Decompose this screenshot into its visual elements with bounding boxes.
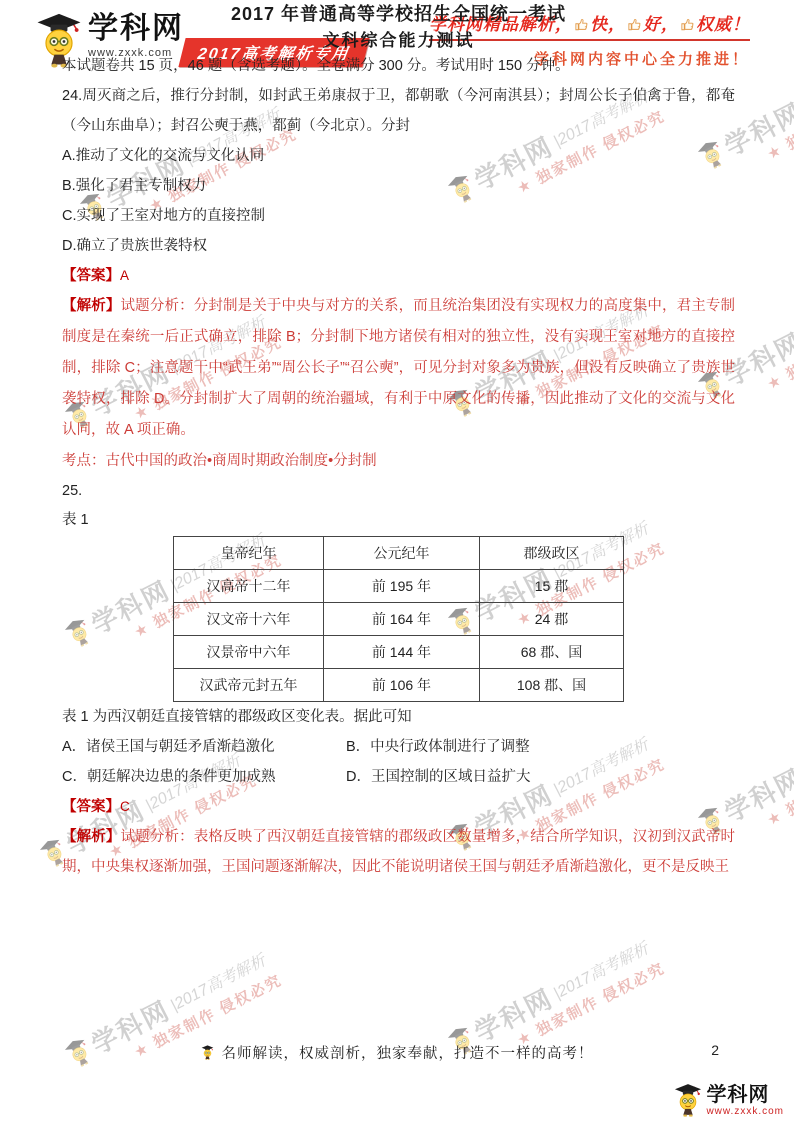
- q25-table: 皇帝纪年 公元纪年 郡级政区 汉高帝十二年 前 195 年 15 郡 汉文帝十六…: [173, 536, 624, 702]
- watermark-notice: 独家制作 侵权必究: [534, 960, 668, 1040]
- table-cell: 前 164 年: [324, 603, 480, 636]
- q25-answer-line: 【答案】C: [62, 792, 735, 822]
- q25-analysis-text: 试题分析：表格反映了西汉朝廷直接管辖的郡级政区数量增多，结合所学知识，汉初到汉武…: [62, 829, 735, 875]
- table-cell: 24 郡: [480, 603, 624, 636]
- q25-number: 25.: [62, 476, 735, 506]
- corner-site-name: 学科网: [706, 1084, 784, 1106]
- q24-analysis-label: 【解析】: [62, 298, 121, 314]
- table-row: 汉文帝十六年 前 164 年 24 郡: [174, 603, 624, 636]
- exam-intro: 本试题卷共 15 页，46 题（含选考题）。全卷满分 300 分。考试用时 15…: [62, 51, 735, 81]
- watermark-notice: 独家制作 侵权必究: [784, 304, 794, 384]
- q24-options: A.推动了文化的交流与文化认同 B.强化了君主专制权力 C.实现了王室对地方的直…: [62, 141, 735, 261]
- q25-answer-label: 【答案】: [62, 799, 120, 815]
- watermark-suffix: |2017高考解析: [549, 936, 652, 1004]
- table-header-cell: 公元纪年: [324, 537, 480, 570]
- table-header-cell: 郡级政区: [480, 537, 624, 570]
- mascot-corner-icon: [674, 1083, 702, 1117]
- table-header-row: 皇帝纪年 公元纪年 郡级政区: [174, 537, 624, 570]
- page-footer: 名师解读，权威剖析，独家奉献，打造不一样的高考！ 2: [62, 1042, 732, 1063]
- table-cell: 前 106 年: [324, 669, 480, 702]
- q25-table-label: 表 1: [62, 506, 735, 534]
- q24-kaodian: 考点：古代中国的政治•商周时期政治制度•分封制: [62, 446, 735, 476]
- q24-option-d: D.确立了贵族世袭特权: [62, 231, 735, 261]
- q25-option-d: D．王国控制的区域日益扩大: [346, 769, 530, 785]
- document-body: 2017 年普通高等学校招生全国统一考试 文科综合能力测试 本试题卷共 15 页…: [62, 0, 735, 882]
- q25-options-row2: C．朝廷解决边患的条件更加成熟D．王国控制的区域日益扩大: [62, 762, 735, 792]
- table-cell: 前 195 年: [324, 570, 480, 603]
- corner-site-url: www.zxxk.com: [706, 1106, 784, 1117]
- q24-answer-label: 【答案】: [62, 268, 120, 284]
- exam-paper-page: 学科网|2017高考解析★ 独家制作 侵权必究 学科网|2017高考解析★ 独家…: [0, 0, 794, 1123]
- mascot-footer-icon: [201, 1045, 214, 1060]
- table-cell: 汉景帝中六年: [174, 636, 324, 669]
- q24-option-b: B.强化了君主专制权力: [62, 171, 735, 201]
- q25-option-c: C．朝廷解决边患的条件更加成熟: [62, 762, 346, 792]
- table-row: 汉高帝十二年 前 195 年 15 郡: [174, 570, 624, 603]
- q25-options-row1: A．诸侯王国与朝廷矛盾渐趋激化B．中央行政体制进行了调整: [62, 732, 735, 762]
- q25-caption: 表 1 为西汉朝廷直接管辖的郡级政区变化表。据此可知: [62, 702, 735, 732]
- watermark-notice: 独家制作 侵权必究: [784, 74, 794, 154]
- q25-analysis: 【解析】试题分析：表格反映了西汉朝廷直接管辖的郡级政区数量增多，结合所学知识，汉…: [62, 822, 735, 882]
- q25-option-b: B．中央行政体制进行了调整: [346, 739, 530, 755]
- exam-title: 2017 年普通高等学校招生全国统一考试: [62, 0, 735, 26]
- table-cell: 汉文帝十六年: [174, 603, 324, 636]
- q25-option-a: A．诸侯王国与朝廷矛盾渐趋激化: [62, 732, 346, 762]
- corner-logo: 学科网 www.zxxk.com: [674, 1083, 784, 1117]
- q24-option-c: C.实现了王室对地方的直接控制: [62, 201, 735, 231]
- q25-answer-value: C: [120, 799, 131, 814]
- watermark-site: 学科网: [467, 979, 559, 1050]
- watermark-notice: 独家制作 侵权必究: [151, 972, 285, 1052]
- watermark-star: ★: [764, 371, 785, 393]
- table-cell: 68 郡、国: [480, 636, 624, 669]
- table-header-cell: 皇帝纪年: [174, 537, 324, 570]
- exam-subtitle: 文科综合能力测试: [62, 26, 735, 51]
- table-cell: 15 郡: [480, 570, 624, 603]
- q24-analysis: 【解析】试题分析：分封制是关于中央与对方的关系，而且统治集团没有实现权力的高度集…: [62, 291, 735, 446]
- watermark-star: ★: [764, 807, 785, 829]
- table-cell: 108 郡、国: [480, 669, 624, 702]
- footer-slogan: 名师解读，权威剖析，独家奉献，打造不一样的高考！: [222, 1042, 594, 1063]
- watermark-notice: 独家制作 侵权必究: [784, 740, 794, 820]
- watermark-star: ★: [764, 141, 785, 163]
- table-row: 汉景帝中六年 前 144 年 68 郡、国: [174, 636, 624, 669]
- q24-stem: 24.周灭商之后，推行分封制，如封武王弟康叔于卫，都朝歌（今河南淇县）；封周公长…: [62, 81, 735, 141]
- table-cell: 前 144 年: [324, 636, 480, 669]
- q24-analysis-text: 试题分析：分封制是关于中央与对方的关系，而且统治集团没有实现权力的高度集中，君主…: [62, 298, 735, 438]
- q24-answer-value: A: [120, 268, 130, 283]
- q25-analysis-label: 【解析】: [62, 829, 121, 845]
- page-number: 2: [711, 1042, 720, 1058]
- q24-option-a: A.推动了文化的交流与文化认同: [62, 141, 735, 171]
- table-cell: 汉高帝十二年: [174, 570, 324, 603]
- table-row: 汉武帝元封五年 前 106 年 108 郡、国: [174, 669, 624, 702]
- q24-answer-line: 【答案】A: [62, 261, 735, 291]
- table-cell: 汉武帝元封五年: [174, 669, 324, 702]
- watermark-suffix: |2017高考解析: [166, 948, 269, 1016]
